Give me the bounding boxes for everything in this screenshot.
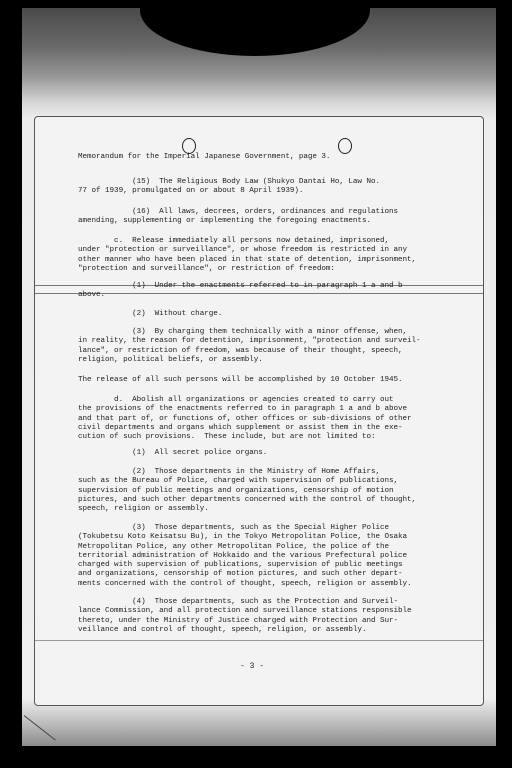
paragraph-c-3: (3) By charging them technically with a … bbox=[78, 328, 448, 365]
paragraph-15: (15) The Religious Body Law (Shukyo Dant… bbox=[78, 178, 448, 197]
memo-header: Memorandum for the Imperial Japanese Gov… bbox=[78, 153, 448, 162]
scan-line bbox=[35, 640, 483, 641]
paragraph-d-1: (1) All secret police organs. bbox=[78, 449, 448, 458]
punch-hole bbox=[182, 138, 196, 154]
paragraph-d-3: (3) Those departments, such as the Speci… bbox=[78, 524, 448, 589]
paragraph-c-2: (2) Without charge. bbox=[78, 310, 448, 319]
paragraph-16: (16) All laws, decrees, orders, ordinanc… bbox=[78, 208, 448, 227]
paragraph-d: d. Abolish all organizations or agencies… bbox=[78, 396, 448, 442]
binding-shadow bbox=[140, 8, 370, 56]
paragraph-d-4: (4) Those departments, such as the Prote… bbox=[78, 598, 448, 635]
paragraph-c: c. Release immediately all persons now d… bbox=[78, 237, 448, 274]
page-number: - 3 - bbox=[240, 662, 264, 671]
release-deadline: The release of all such persons will be … bbox=[78, 376, 448, 385]
paragraph-d-2: (2) Those departments in the Ministry of… bbox=[78, 468, 448, 514]
paragraph-c-1: (1) Under the enactments referred to in … bbox=[78, 282, 448, 301]
punch-hole bbox=[338, 138, 352, 154]
